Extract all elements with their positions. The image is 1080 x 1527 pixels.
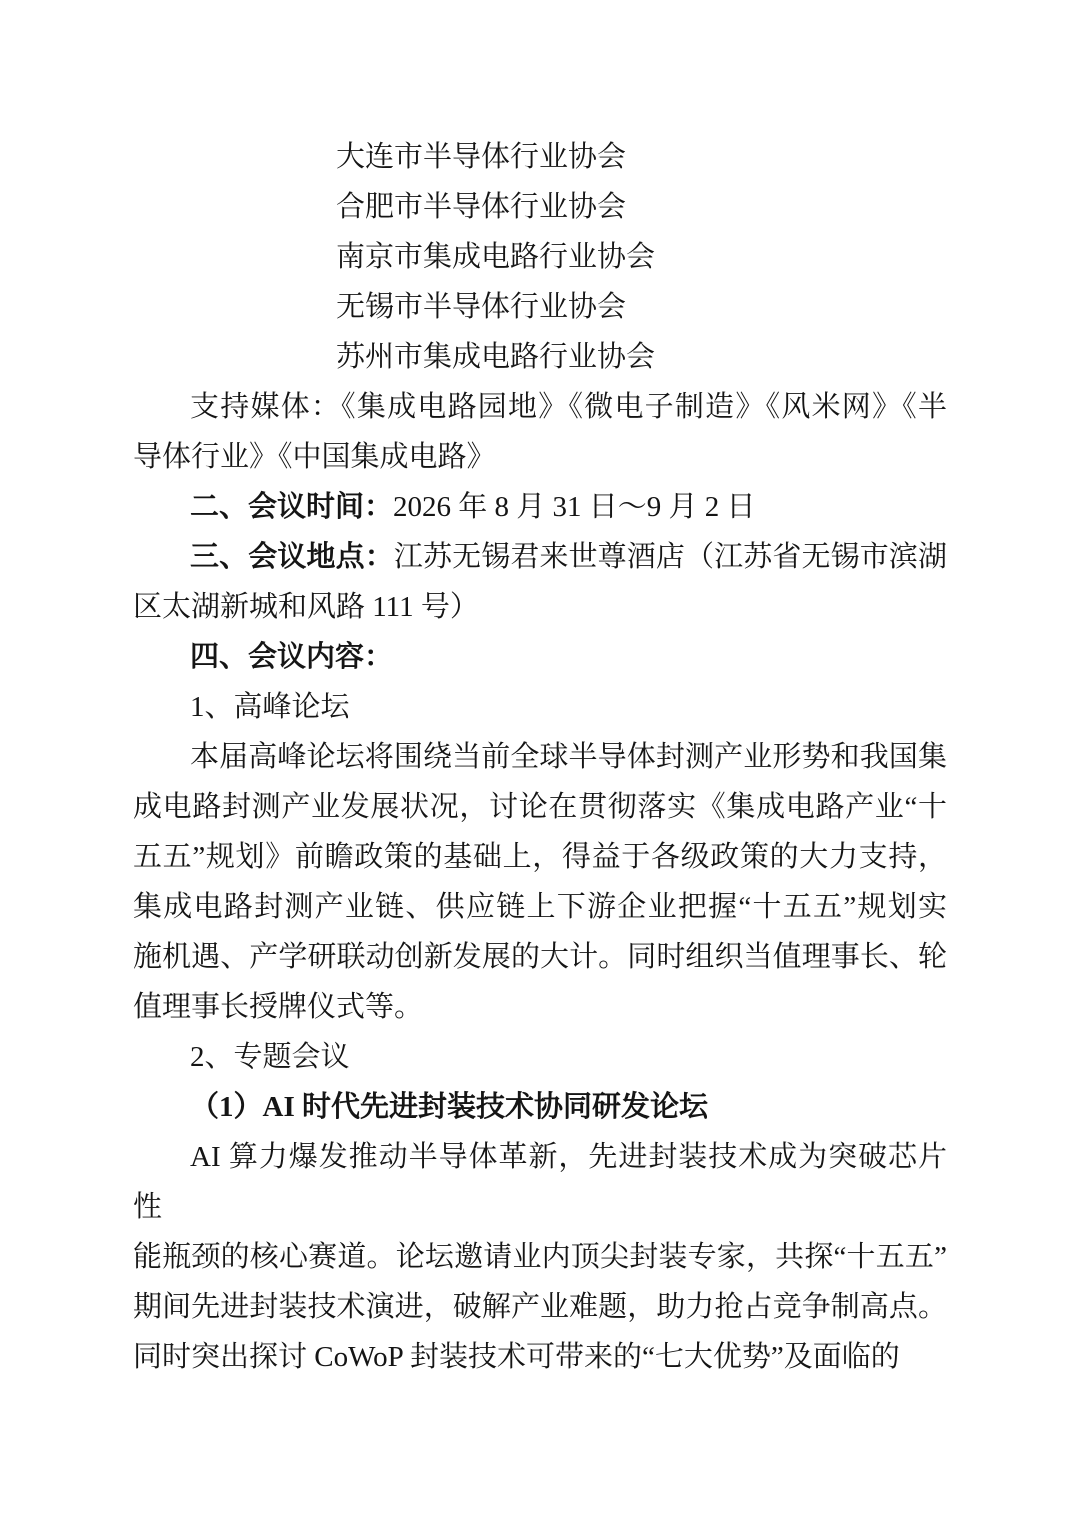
document-line: 四、会议内容： — [133, 632, 947, 682]
text-segment: 1、高峰论坛 — [190, 691, 350, 723]
text-segment: 集成电路封测产业链、供应链上下游企业把握“十五五”规划实 — [133, 891, 947, 923]
text-segment: 南京市集成电路行业协会 — [336, 241, 655, 273]
document-line: 南京市集成电路行业协会 — [133, 232, 947, 282]
text-segment: 无锡市半导体行业协会 — [336, 291, 626, 323]
document-line: 能瓶颈的核心赛道。论坛邀请业内顶尖封装专家，共探“十五五” — [133, 1232, 947, 1282]
document-line: 本届高峰论坛将围绕当前全球半导体封测产业形势和我国集 — [133, 732, 947, 782]
text-segment: 能瓶颈的核心赛道。论坛邀请业内顶尖封装专家，共探“十五五” — [133, 1241, 947, 1273]
document-line: 施机遇、产学研联动创新发展的大计。同时组织当值理事长、轮 — [133, 932, 947, 982]
text-segment: 江苏无锡君来世尊酒店（江苏省无锡市滨湖 — [394, 541, 947, 573]
text-segment: 本届高峰论坛将围绕当前全球半导体封测产业形势和我国集 — [190, 741, 947, 773]
document-line: 1、高峰论坛 — [133, 682, 947, 732]
document-line: 二、会议时间：2026 年 8 月 31 日～9 月 2 日 — [133, 482, 947, 532]
document-line: AI 算力爆发推动半导体革新，先进封装技术成为突破芯片性 — [133, 1132, 947, 1232]
text-segment: 区太湖新城和风路 111 号） — [133, 591, 479, 623]
document-line: 导体行业》《中国集成电路》 — [133, 432, 947, 482]
document-line: 大连市半导体行业协会 — [133, 132, 947, 182]
text-segment: 期间先进封装技术演进，破解产业难题，助力抢占竞争制高点。 — [133, 1291, 947, 1323]
heading-text-segment: 三、会议地点： — [190, 541, 394, 573]
text-segment: 五五”规划》前瞻政策的基础上，得益于各级政策的大力支持， — [133, 841, 947, 873]
text-segment: 值理事长授牌仪式等。 — [133, 991, 423, 1023]
text-segment: AI 算力爆发推动半导体革新，先进封装技术成为突破芯片性 — [133, 1141, 947, 1223]
heading-text-segment: 二、会议时间： — [190, 491, 393, 523]
text-segment: 苏州市集成电路行业协会 — [336, 341, 655, 373]
document-line: 同时突出探讨 CoWoP 封装技术可带来的“七大优势”及面临的 — [133, 1332, 947, 1382]
document-line: 集成电路封测产业链、供应链上下游企业把握“十五五”规划实 — [133, 882, 947, 932]
text-segment: 2、专题会议 — [190, 1041, 350, 1073]
heading-text-segment: （1）AI 时代先进封装技术协同研发论坛 — [190, 1091, 708, 1123]
document-line: 苏州市集成电路行业协会 — [133, 332, 947, 382]
document-line: 成电路封测产业发展状况，讨论在贯彻落实《集成电路产业“十 — [133, 782, 947, 832]
text-segment: 施机遇、产学研联动创新发展的大计。同时组织当值理事长、轮 — [133, 941, 947, 973]
document-page: 大连市半导体行业协会合肥市半导体行业协会南京市集成电路行业协会无锡市半导体行业协… — [0, 0, 1080, 1527]
text-segment: 同时突出探讨 CoWoP 封装技术可带来的“七大优势”及面临的 — [133, 1341, 900, 1373]
text-segment: 大连市半导体行业协会 — [336, 141, 626, 173]
document-body: 大连市半导体行业协会合肥市半导体行业协会南京市集成电路行业协会无锡市半导体行业协… — [133, 132, 947, 1382]
text-segment: 导体行业》《中国集成电路》 — [133, 441, 496, 473]
document-line: 合肥市半导体行业协会 — [133, 182, 947, 232]
document-line: 支持媒体：《集成电路园地》《微电子制造》《风米网》《半 — [133, 382, 947, 432]
document-line: 区太湖新城和风路 111 号） — [133, 582, 947, 632]
document-line: 无锡市半导体行业协会 — [133, 282, 947, 332]
text-segment: 2026 年 8 月 31 日～9 月 2 日 — [393, 491, 756, 523]
heading-text-segment: 四、会议内容： — [190, 641, 393, 673]
document-line: 五五”规划》前瞻政策的基础上，得益于各级政策的大力支持， — [133, 832, 947, 882]
document-line: 值理事长授牌仪式等。 — [133, 982, 947, 1032]
document-line: 期间先进封装技术演进，破解产业难题，助力抢占竞争制高点。 — [133, 1282, 947, 1332]
document-line: （1）AI 时代先进封装技术协同研发论坛 — [133, 1082, 947, 1132]
text-segment: 合肥市半导体行业协会 — [336, 191, 626, 223]
text-segment: 支持媒体：《集成电路园地》《微电子制造》《风米网》《半 — [190, 391, 947, 423]
document-line: 三、会议地点：江苏无锡君来世尊酒店（江苏省无锡市滨湖 — [133, 532, 947, 582]
text-segment: 成电路封测产业发展状况，讨论在贯彻落实《集成电路产业“十 — [133, 791, 947, 823]
document-line: 2、专题会议 — [133, 1032, 947, 1082]
